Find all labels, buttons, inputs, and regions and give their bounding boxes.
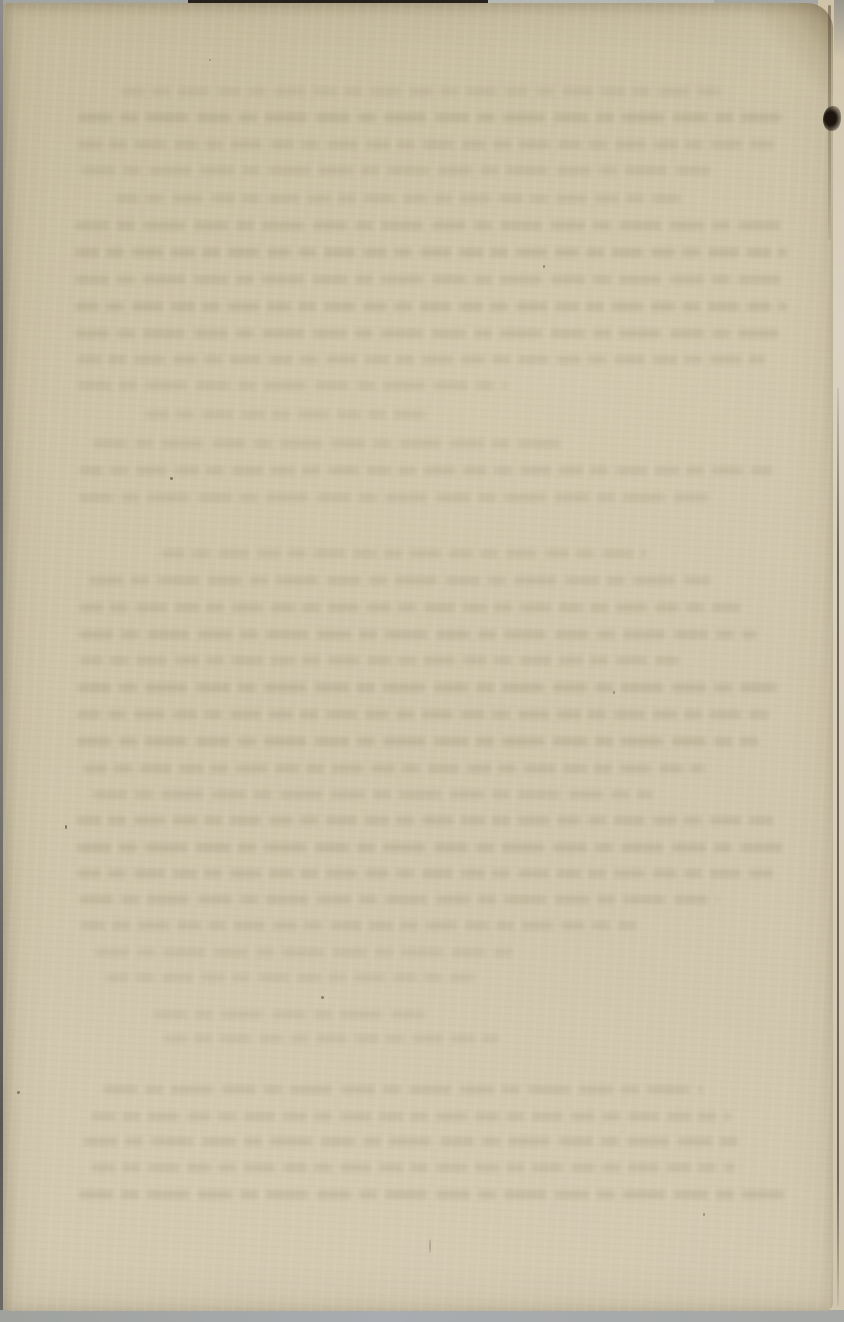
ghost-text-line [91, 1112, 731, 1121]
ghost-text-line [78, 113, 782, 122]
ghost-text-line [121, 87, 721, 96]
page-right-edge-sliver [837, 388, 839, 1306]
ghost-text-line [77, 843, 785, 852]
ghost-text-line [105, 973, 475, 982]
ghost-text-line [79, 630, 757, 639]
ghost-text-line [115, 194, 681, 203]
ghost-text-line [77, 816, 777, 825]
ghost-text-line [78, 140, 776, 149]
ghost-text-line [79, 466, 773, 475]
paper-speck [17, 1091, 20, 1094]
ghost-text-line [77, 381, 507, 390]
ghost-text-line [75, 248, 787, 257]
ghost-text-line [161, 549, 647, 558]
scanned-page [0, 0, 844, 1322]
paper-speck [703, 1213, 705, 1216]
ghost-text-line [75, 221, 783, 230]
ghost-text-line [89, 576, 711, 585]
torn-notch-right-edge [823, 106, 841, 131]
paper-speck [429, 1239, 431, 1253]
ghost-text-line [79, 603, 741, 612]
ghost-text-line [163, 1034, 499, 1043]
ghost-text-line [103, 1085, 703, 1094]
ghost-text-line [83, 764, 705, 773]
ghost-text-line [77, 869, 775, 878]
page-curl-top-right [761, 3, 833, 95]
ghost-text-line [93, 790, 653, 799]
ghost-text-line [145, 410, 431, 419]
ghost-text-line [83, 1137, 745, 1146]
document-page [3, 3, 833, 1311]
ghost-text-line [77, 355, 765, 364]
paper-speck [65, 825, 67, 829]
scanner-edge-bottom [0, 1310, 844, 1322]
ghost-text-line [75, 275, 781, 284]
paper-speck [209, 59, 211, 61]
ghost-text-line [93, 439, 569, 448]
ghost-text-line [81, 921, 637, 930]
ghost-text-line [95, 948, 515, 957]
ghost-text-line [81, 166, 717, 175]
ghost-text-line [79, 895, 719, 904]
ghost-text-line [77, 737, 759, 746]
paper-speck [321, 996, 324, 999]
paper-speck [543, 265, 545, 268]
ghost-text-line [79, 1190, 785, 1199]
ghost-text-line [77, 710, 769, 719]
ghost-text-line [77, 683, 777, 692]
underlying-page-shadow [834, 0, 844, 60]
ghost-text-line [79, 656, 679, 665]
ghost-text-line [75, 329, 779, 338]
paper-speck [170, 477, 173, 480]
ghost-text-line [91, 1163, 735, 1172]
ghost-text-line [79, 493, 711, 502]
ghost-text-line [153, 1010, 433, 1019]
paper-speck [613, 691, 615, 694]
ghost-text-line [75, 302, 787, 311]
